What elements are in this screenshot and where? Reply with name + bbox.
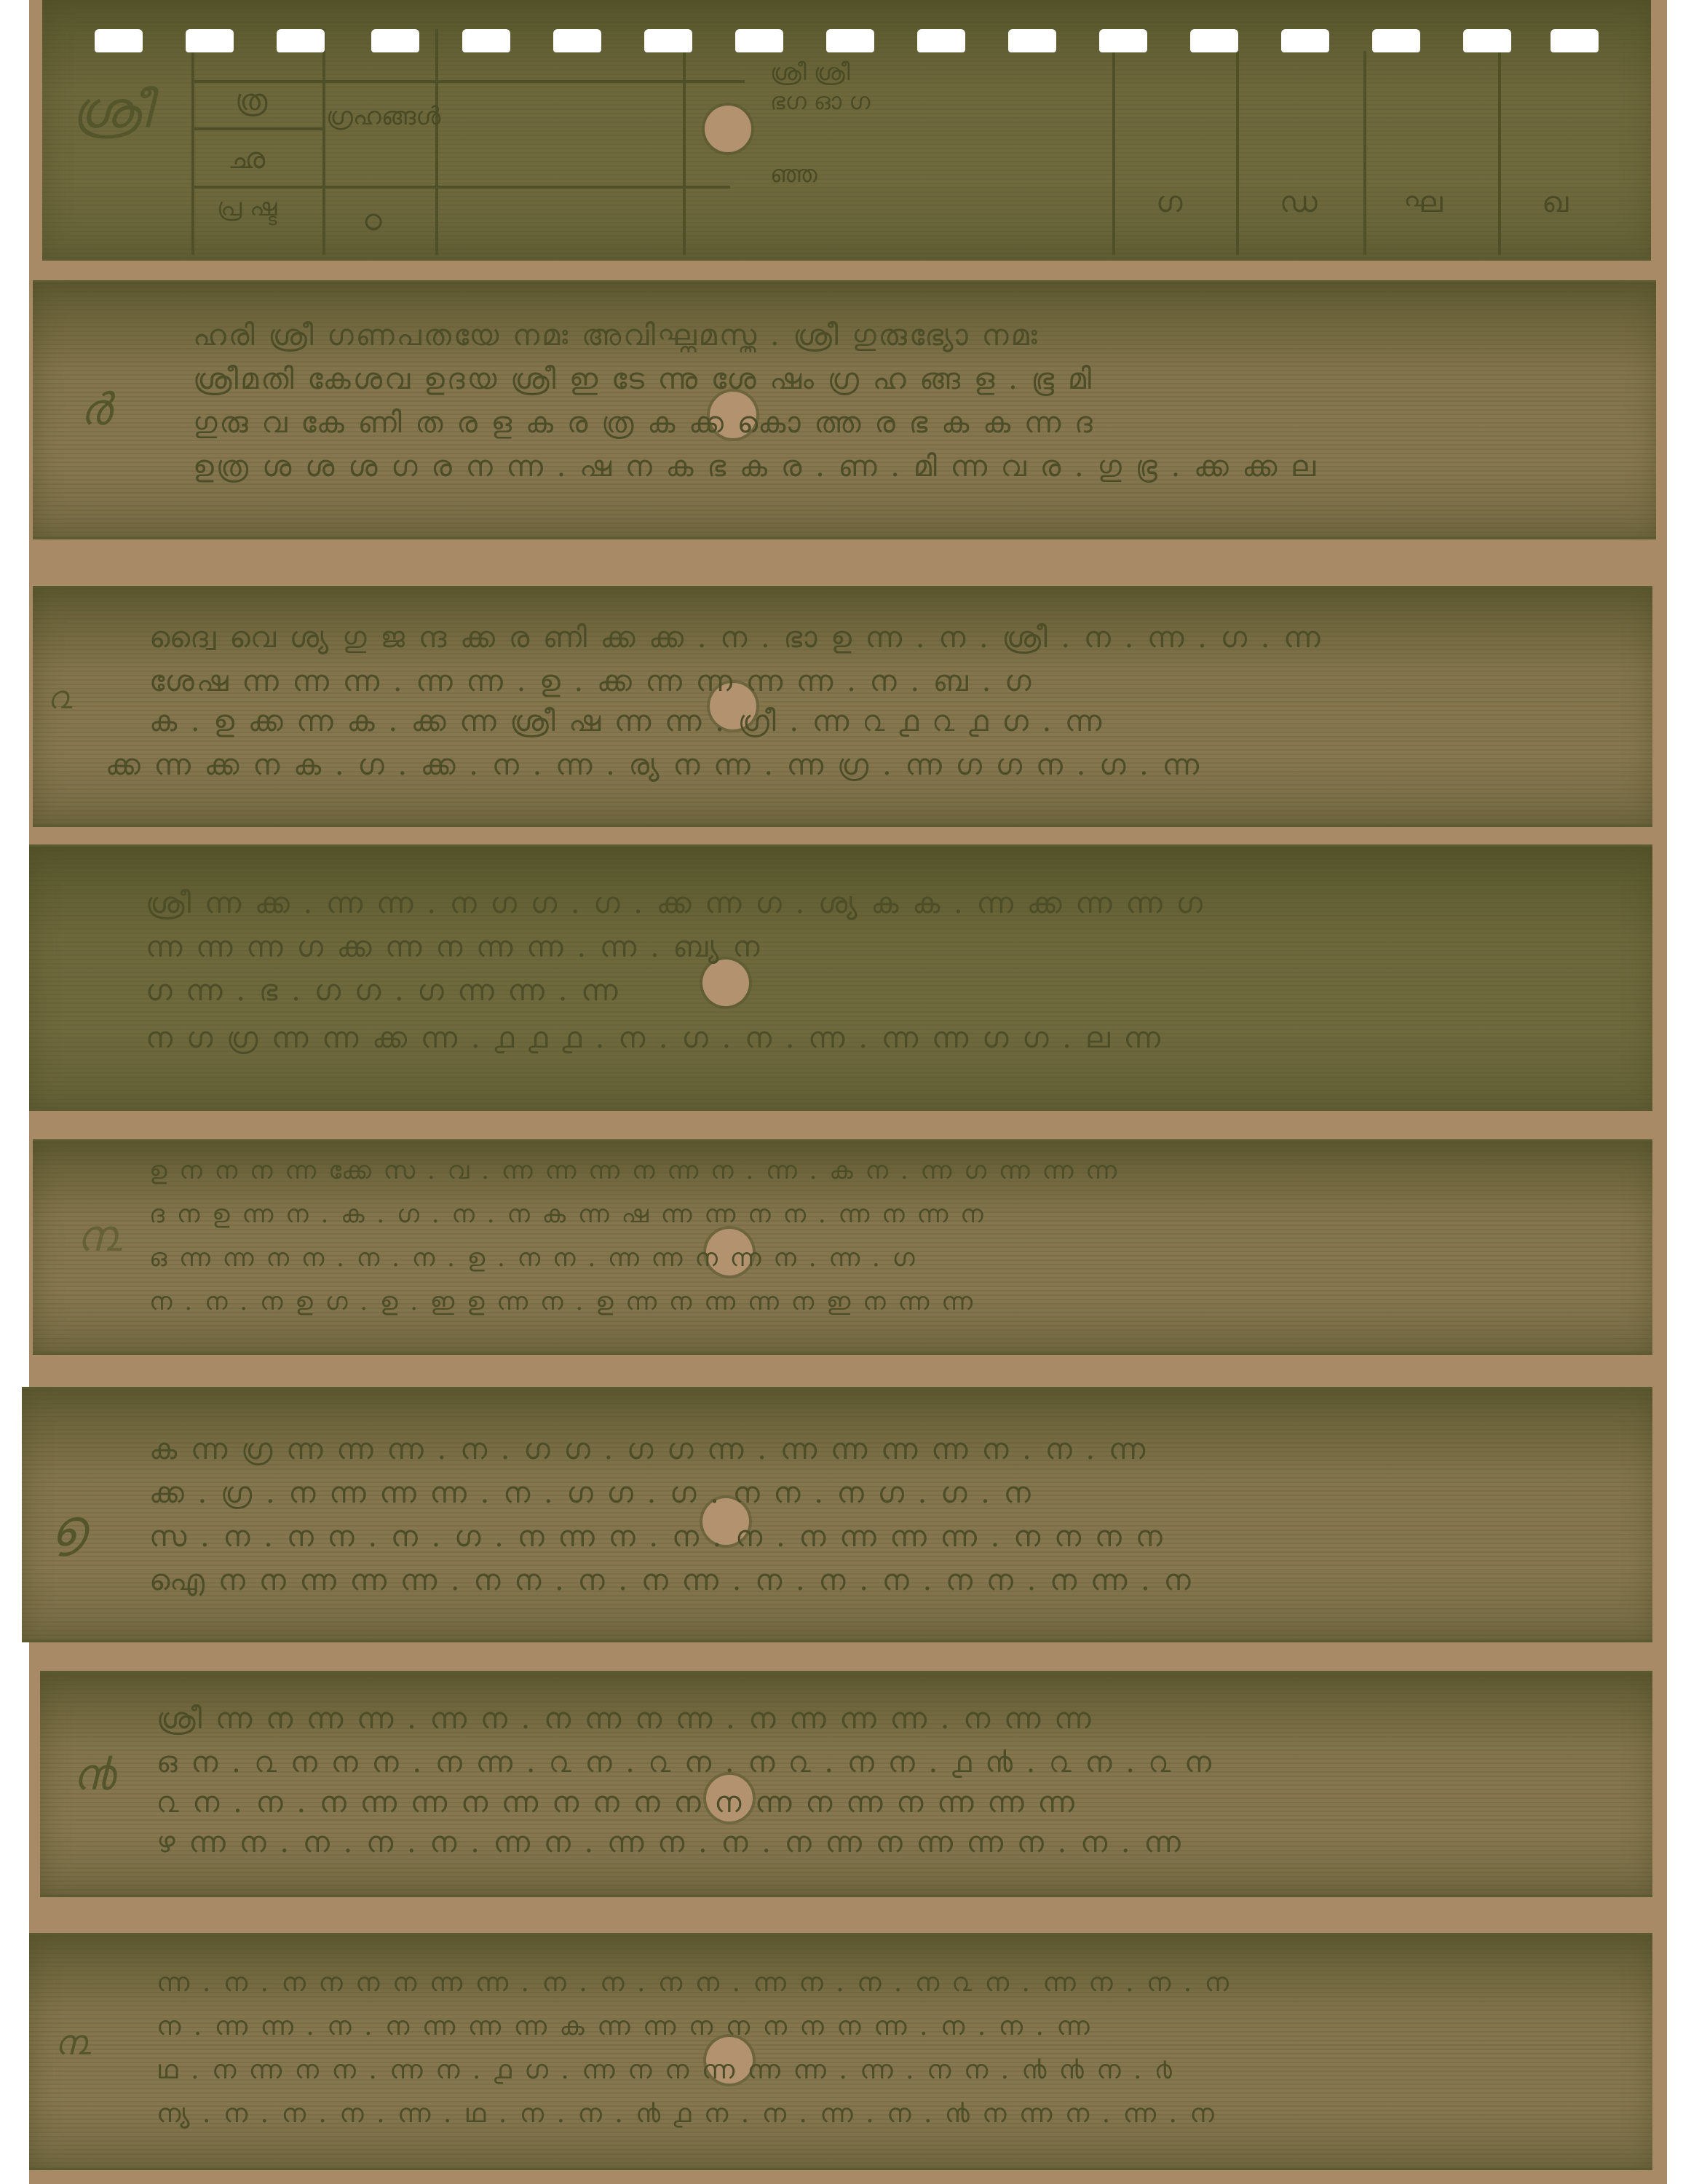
punch-hole xyxy=(917,29,965,52)
text-line: സ . ന . ന ന . ന . ഗ . ന ന്ന ന . ന . ന . … xyxy=(149,1520,1547,1554)
punch-hole xyxy=(1551,29,1599,52)
leaf-number: ൨ xyxy=(47,679,72,716)
text-line: ന്യ . ന . ന . ന . ന്ന . ഥ . ന . ന . ൯ ൧ … xyxy=(157,2099,1554,2129)
punch-hole xyxy=(1281,29,1329,52)
table-cell: ഭഗ ഓ ഗ xyxy=(770,87,870,116)
binding-hole xyxy=(705,106,751,152)
text-line: ദ ന ഉ ന്ന ന . ക . ഗ . ന . ന ക ന്ന ഷ ന്ന … xyxy=(149,1200,1547,1229)
table-cell: ഞ്ഞ xyxy=(770,160,817,189)
table-divider xyxy=(1112,51,1115,255)
text-line: ദ്വൈ വെ ശ്യ ഗു ജ ന്ദ ക്ക ര ണി ക്ക ക്ക . … xyxy=(149,621,1547,654)
text-line: ക്ക . ഗ്ര . ന ന്ന ന്ന ന്ന . ന . ഗ ഗ . ഗ … xyxy=(149,1476,1547,1510)
table-cell: ഡ xyxy=(1280,186,1318,219)
text-line: ഴ ന്ന ന . ന . ന . ന . ന്ന ന . ന്ന ന . ന … xyxy=(157,1826,1561,1859)
punch-hole xyxy=(186,29,234,52)
table-divider xyxy=(1363,51,1366,255)
manuscript-leaf: ൩ ഉ ന ന ന ന്ന ക്കേ സ . വ . ന്ന ന്ന ന്ന ന… xyxy=(33,1139,1652,1355)
text-line: ഥ . ന ന്ന ന ന . ന്ന ന . ൧ ഗ . ന്ന ന ന ന്… xyxy=(157,2055,1554,2086)
punch-hole xyxy=(1008,29,1056,52)
text-line: ക . ഉ ക്ക ന്ന ക . ക്ക ന്ന ശ്രീ ഷ ന്ന ന്ന… xyxy=(149,705,1547,738)
table-cell: ഘ xyxy=(1403,186,1443,219)
text-line: ശ്രീ ന്ന ന ന്ന ന്ന . ന്ന ന . ന ന്ന ന ന്ന… xyxy=(157,1702,1561,1736)
text-line: ഗ ന്ന . ഭ . ഗ ഗ . ഗ ന്ന ന്ന . ന്ന xyxy=(146,974,1551,1008)
scan-right-margin xyxy=(1667,0,1683,2184)
text-line: ൨ ന . ന . ന ന്ന ന്ന ന ന്ന ന ന ന ന ന ന്ന … xyxy=(157,1786,1561,1819)
text-line: ന്ന . ന . ന ന ന ന ന്ന ന്ന . ന . ന . ന ന … xyxy=(157,1968,1554,1998)
table-divider xyxy=(191,186,730,189)
text-line: ന ഗ ഗ്ര ന്ന ന്ന ക്ക ന്ന . ൧ ൧ ൧ . ന . ഗ … xyxy=(146,1021,1551,1055)
table-cell: ഖ xyxy=(1542,186,1568,219)
text-line: ക്ക ന്ന ക്ക ന ക . ഗ . ക്ക . ന . ന്ന . ര്… xyxy=(106,748,1547,782)
manuscript-leaf: ൯ ശ്രീ ന്ന ന ന്ന ന്ന . ന്ന ന . ന ന്ന ന ന… xyxy=(40,1671,1652,1897)
table-cell: ശ്രീ ശ്രീ xyxy=(770,58,850,87)
text-line: ഉ ന ന ന ന്ന ക്കേ സ . വ . ന്ന ന്ന ന്ന ന ന… xyxy=(149,1156,1547,1185)
table-divider xyxy=(435,29,438,255)
punch-hole xyxy=(277,29,325,52)
punch-hole xyxy=(1190,29,1238,52)
punch-hole xyxy=(1463,29,1511,52)
table-cell: ഗ്രഹങ്ങൾ xyxy=(326,102,440,131)
punch-hole xyxy=(371,29,419,52)
leaf-number: ൭ xyxy=(51,1498,86,1559)
text-line: ശ്രീ ന്ന ക്ക . ന്ന ന്ന . ന ഗ ഗ . ഗ . ക്ക… xyxy=(146,887,1551,920)
punch-hole xyxy=(735,29,783,52)
table-cell: ഠ xyxy=(363,204,382,237)
manuscript-leaf: ർ ഹരി ശ്രീ ഗണപതയേ നമഃ അവിഘ്നമസ്തു . ശ്രീ… xyxy=(33,280,1656,539)
punch-hole xyxy=(462,29,510,52)
text-line: ന . ന്ന ന്ന . ന . ന ന്ന ന്ന ന്ന ക ന്ന ന്… xyxy=(157,2011,1554,2042)
table-cell: ഗ xyxy=(1156,186,1182,219)
punch-hole xyxy=(553,29,601,52)
punch-hole xyxy=(95,29,143,52)
margin-mark: ശ്രീ xyxy=(71,80,151,141)
text-line: ഗുരു വ കേ ണി ത ര ള ക ര ത്ര ക ക്ക കൊ ത്ത … xyxy=(193,406,1554,440)
leaf-number: ൩ xyxy=(55,2022,90,2064)
text-line: ന്ന ന്ന ന്ന ഗ ക്ക ന്ന ന ന്ന ന്ന . ന്ന . … xyxy=(146,930,1551,964)
leaf-number: ൩ xyxy=(76,1211,122,1262)
text-line: ഐ ന ന ന്ന ന്ന ന്ന . ന ന . ന . ന ന്ന . ന … xyxy=(149,1564,1547,1597)
text-line: ഒ ന . ൨ ന ന ന . ന ന്ന . ൨ ന . ൨ ന . ന ൨ … xyxy=(157,1746,1561,1779)
table-divider xyxy=(1236,51,1239,255)
table-divider xyxy=(191,80,745,83)
scan-left-margin xyxy=(0,0,29,2184)
manuscript-leaf: ൩ ന്ന . ന . ന ന ന ന ന്ന ന്ന . ന . ന . ന … xyxy=(29,1933,1652,2170)
table-cell: ഛ xyxy=(228,142,265,175)
text-line: ഹരി ശ്രീ ഗണപതയേ നമഃ അവിഘ്നമസ്തു . ശ്രീ ഗ… xyxy=(193,319,1554,352)
punch-hole xyxy=(644,29,692,52)
text-line: ശ്രീമതി കേശവ ഉദയ ശ്രീ ഇ ടേ ന്നു ശേ ഷം ഗ്… xyxy=(193,363,1554,396)
table-divider xyxy=(683,29,686,255)
table-divider xyxy=(191,127,322,130)
text-line: ഉത്ര ശ ശ ശ ഗ ര ന ന്ന . ഷ ന ക ഭ ക ര . ണ .… xyxy=(193,450,1554,483)
leaf-number: ർ xyxy=(80,384,111,435)
punch-hole xyxy=(1099,29,1147,52)
text-line: ഒ ന്ന ന്ന ന ന . ന . ന . ഉ . ന ന . ന്ന ന്… xyxy=(149,1243,1547,1273)
table-divider xyxy=(1498,51,1501,255)
punch-hole xyxy=(826,29,874,52)
table-cell: പ്ര ഷ്ട xyxy=(217,193,304,222)
leaf-number: ൯ xyxy=(73,1749,114,1800)
table-cell: ത്ര xyxy=(235,84,267,117)
text-line: ക ന്ന ഗ്ര ന്ന ന്ന ന്ന . ന . ഗ ഗ . ഗ ഗ ന്… xyxy=(149,1433,1547,1466)
text-line: ശേഷ ന്ന ന്ന ന്ന . ന്ന ന്ന . ഉ . ക്ക ന്ന … xyxy=(149,665,1547,698)
table-divider xyxy=(322,29,325,255)
text-line: ന . ന . ന ഉ ഗ . ഉ . ഇ ഉ ന്ന ന . ഉ ന്ന ന … xyxy=(149,1287,1547,1316)
manuscript-leaf: ൨ ദ്വൈ വെ ശ്യ ഗു ജ ന്ദ ക്ക ര ണി ക്ക ക്ക … xyxy=(33,586,1652,827)
manuscript-leaf: ശ്രീ ന്ന ക്ക . ന്ന ന്ന . ന ഗ ഗ . ഗ . ക്ക… xyxy=(29,844,1652,1111)
table-divider xyxy=(191,29,194,255)
punch-hole xyxy=(1372,29,1420,52)
manuscript-leaf: ൭ ക ന്ന ഗ്ര ന്ന ന്ന ന്ന . ന . ഗ ഗ . ഗ ഗ … xyxy=(22,1387,1652,1642)
